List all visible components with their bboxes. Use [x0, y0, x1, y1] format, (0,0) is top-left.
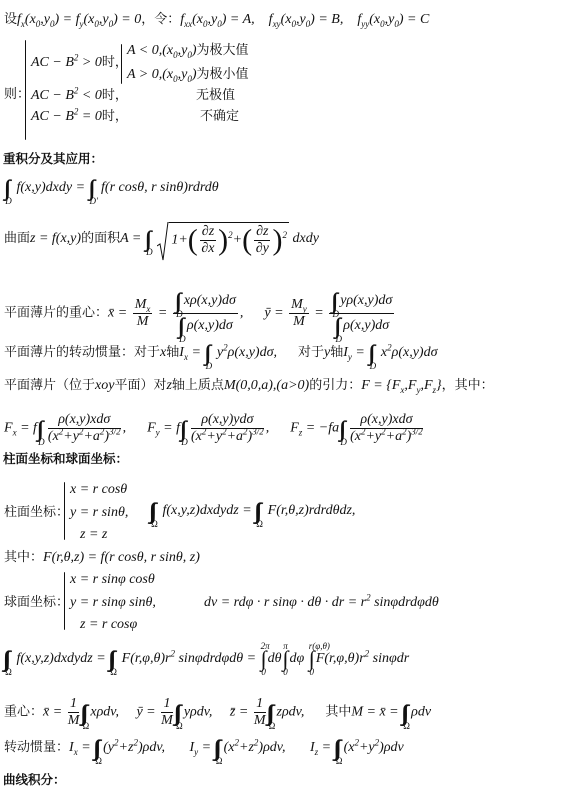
case-2-result: 无极值 — [196, 89, 235, 102]
section-heading-cyl-sph: 柱面坐标和球面坐标： — [3, 453, 128, 466]
plate-centroid-formula: 平面薄片的重心：x̄ = MxM = ∫∫Dxρ(x,y)dσ∫∫Dρ(x,y)… — [4, 290, 396, 337]
extremum-condition-line: 设fx(x0,y0) = fy(x0,y0) = 0，令：fxx(x0,y0) … — [4, 13, 429, 27]
case-1a: A < 0,(x0,y0)为极大值 — [127, 44, 249, 58]
solid-centroid: 重心：x̄ = 1M∫∫∫Ωxρdv, ȳ = 1M∫∫∫Ωyρdv, z̄ =… — [4, 697, 431, 728]
case-1b: A > 0,(x0,y0)为极小值 — [127, 68, 249, 82]
sph-dv: dv = rdφ · r sinφ · dθ · dr = r2 sinφdrd… — [204, 596, 439, 610]
section-heading-multiple-integrals: 重积分及其应用： — [3, 153, 103, 166]
plate-inertia-formula: 平面薄片的转动惯量：对于x轴Ix = ∫∫D y2ρ(x,y)dσ, 对于y轴I… — [4, 342, 437, 364]
solid-inertia: 转动惯量：Ix = ∫∫∫Ω(y2+z2)ρdv, Iy = ∫∫∫Ω(x2+z… — [4, 737, 404, 759]
case-1-condition: AC − B2 > 0时， — [31, 56, 128, 70]
cyl-eq-y: y = r sinθ, — [70, 506, 128, 520]
sph-eq-z: z = r cosφ — [80, 618, 137, 632]
inner-brace — [121, 44, 122, 84]
case-3-condition: AC − B2 = 0时， — [31, 110, 128, 124]
then-label: 则： — [4, 88, 30, 101]
sph-eq-y: y = r sinφ sinθ, — [70, 596, 156, 610]
prefix-text: 设 — [4, 12, 17, 27]
gravity-components: Fx = f∫∫Dρ(x,y)xdσ(x2+y2+a2)3/2, Fy = f∫… — [4, 413, 425, 444]
polar-transform-formula: ∫∫D f(x,y)dxdy = ∫∫D′ f(r cosθ, r sinθ)r… — [4, 177, 219, 199]
section-heading-line-integral: 曲线积分： — [3, 774, 66, 787]
cyl-where: 其中：F(r,θ,z) = f(r cosθ, r sinθ, z) — [4, 551, 200, 565]
case-2-condition: AC − B2 < 0时， — [31, 89, 128, 103]
cyl-eq-z: z = z — [80, 528, 107, 542]
cyl-label: 柱面坐标： — [4, 506, 69, 519]
cyl-brace — [64, 482, 65, 540]
sph-integral: ∫∫∫Ω f(x,y,z)dxdydz = ∫∫∫Ω F(r,φ,θ)r2 si… — [4, 648, 409, 670]
case-3-result: 不确定 — [200, 110, 239, 123]
outer-brace — [25, 40, 26, 140]
cyl-integral: ∫∫∫Ω f(x,y,z)dxdydz = ∫∫∫Ω F(r,θ,z)rdrdθ… — [150, 500, 355, 522]
surface-area-formula: 曲面z = f(x,y)的面积A = ∫∫D 1+(∂z∂x)2+(∂z∂y)2… — [4, 222, 319, 256]
sph-brace — [64, 572, 65, 630]
gravity-intro: 平面薄片（位于xoy平面）对z轴上质点M(0,0,a),(a>0)的引力：F =… — [4, 379, 494, 393]
sph-label: 球面坐标： — [4, 596, 69, 609]
sph-eq-x: x = r sinφ cosθ — [70, 573, 155, 587]
cyl-eq-x: x = r cosθ — [70, 483, 127, 497]
